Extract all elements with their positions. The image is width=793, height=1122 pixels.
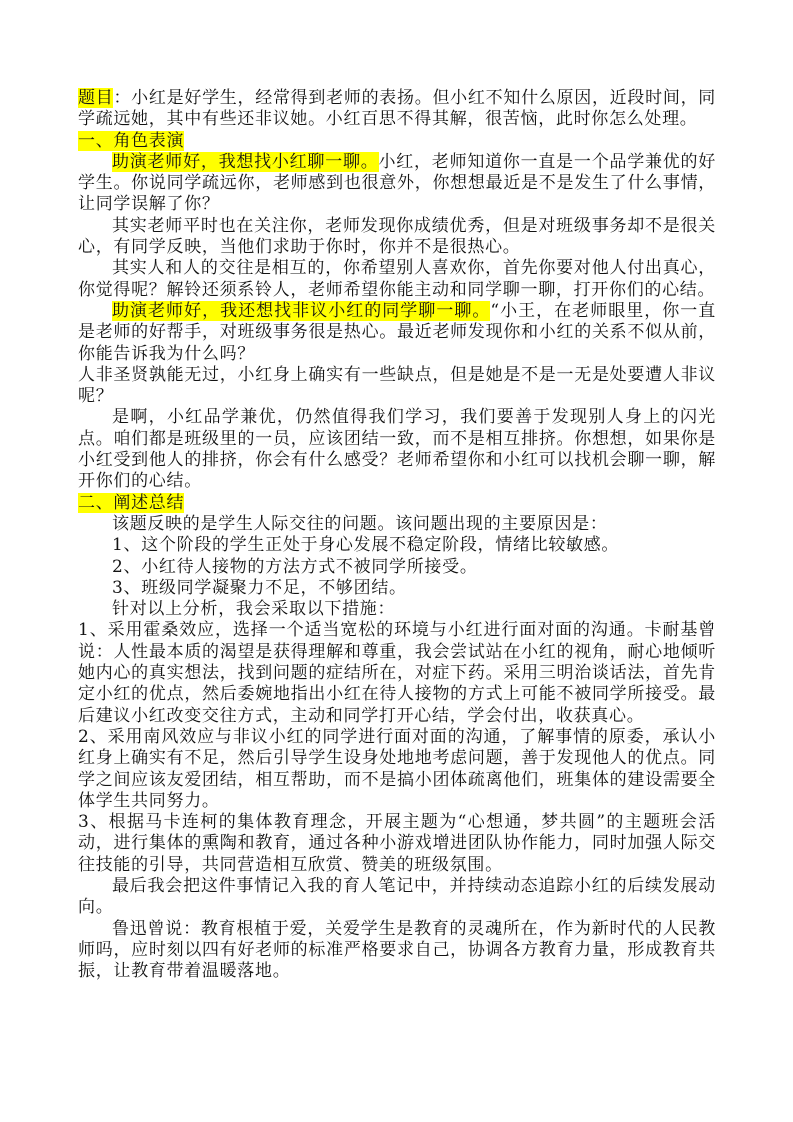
paragraph: 2、小红待人接物的方法方式不被同学所接受。 (78, 557, 716, 578)
paragraph: 针对以上分析，我会采取以下措施： (78, 599, 716, 620)
paragraph: 助演老师好，我还想找非议小红的同学聊一聊。“小王，在老师眼里，你一直是老师的好帮… (78, 301, 716, 365)
paragraph: 1、这个阶段的学生正处于身心发展不稳定阶段，情绪比较敏感。 (78, 535, 716, 556)
text-run: 最后我会把这件事情记入我的育人笔记中，并持续动态追踪小红的后续发展动向。 (78, 876, 716, 917)
paragraph: 是啊，小红品学兼优，仍然值得我们学习，我们要善于发现别人身上的闪光点。咱们都是班… (78, 407, 716, 492)
highlighted-text: 二、阐述总结 (78, 493, 184, 513)
text-run: 该题反映的是学生人际交往的问题。该问题出现的主要原因是： (112, 514, 608, 534)
text-run: 1、采用霍桑效应，选择一个适当宽松的环境与小红进行面对面的沟通。卡耐基曾说：人性… (78, 620, 716, 725)
document-content: 题目：小红是好学生，经常得到老师的表扬。但小红不知什么原因，近段时间，同学疏远她… (78, 88, 716, 982)
section-heading: 一、角色表演 (78, 131, 716, 152)
section-heading: 二、阐述总结 (78, 493, 716, 514)
text-run: 其实人和人的交往是相互的，你希望别人喜欢你，首先你要对他人付出真心，你觉得呢？解… (78, 258, 716, 299)
paragraph: 题目：小红是好学生，经常得到老师的表扬。但小红不知什么原因，近段时间，同学疏远她… (78, 88, 716, 131)
text-run: 2、采用南风效应与非议小红的同学进行面对面的沟通，了解事情的原委，承认小红身上确… (78, 727, 716, 811)
text-run: 鲁迅曾说：教育根植于爱，关爱学生是教育的灵魂所在，作为新时代的人民教师吗，应时刻… (78, 919, 716, 982)
text-run: 2、小红待人接物的方法方式不被同学所接受。 (112, 557, 478, 577)
paragraph: 1、采用霍桑效应，选择一个适当宽松的环境与小红进行面对面的沟通。卡耐基曾说：人性… (78, 620, 716, 726)
text-run: 3、班级同学凝聚力不足，不够团结。 (112, 578, 407, 598)
text-run: 其实老师平时也在关注你，老师发现你成绩优秀，但是对班级事务却不是很关心，有同学反… (78, 216, 716, 257)
highlighted-text: 助演老师好，我还想找非议小红的同学聊一聊。 (112, 301, 490, 321)
text-run: 1、这个阶段的学生正处于身心发展不稳定阶段，情绪比较敏感。 (112, 535, 619, 555)
paragraph: 3、班级同学凝聚力不足，不够团结。 (78, 578, 716, 599)
paragraph: 人非圣贤孰能无过，小红身上确实有一些缺点，但是她是不是一无是处要遭人非议呢？ (78, 365, 716, 408)
paragraph: 最后我会把这件事情记入我的育人笔记中，并持续动态追踪小红的后续发展动向。 (78, 876, 716, 919)
paragraph: 该题反映的是学生人际交往的问题。该问题出现的主要原因是： (78, 514, 716, 535)
paragraph: 其实老师平时也在关注你，老师发现你成绩优秀，但是对班级事务却不是很关心，有同学反… (78, 216, 716, 259)
paragraph: 助演老师好，我想找小红聊一聊。小红，老师知道你一直是一个品学兼优的好学生。你说同… (78, 152, 716, 216)
text-run: 是啊，小红品学兼优，仍然值得我们学习，我们要善于发现别人身上的闪光点。咱们都是班… (78, 407, 716, 491)
highlighted-text: 题目 (78, 88, 113, 108)
paragraph: 鲁迅曾说：教育根植于爱，关爱学生是教育的灵魂所在，作为新时代的人民教师吗，应时刻… (78, 919, 716, 983)
document-page: 题目：小红是好学生，经常得到老师的表扬。但小红不知什么原因，近段时间，同学疏远她… (0, 0, 793, 1122)
highlighted-text: 助演老师好，我想找小红聊一聊。 (112, 152, 379, 172)
text-run: 针对以上分析，我会采取以下措施： (112, 599, 395, 619)
text-run: ：小红是好学生，经常得到老师的表扬。但小红不知什么原因，近段时间，同学疏远她，其… (78, 88, 716, 129)
text-run: 3、根据马卡连柯的集体教育理念，开展主题为“心想通，梦共圆”的主题班会活动，进行… (78, 812, 716, 875)
paragraph: 其实人和人的交往是相互的，你希望别人喜欢你，首先你要对他人付出真心，你觉得呢？解… (78, 258, 716, 301)
text-run: 人非圣贤孰能无过，小红身上确实有一些缺点，但是她是不是一无是处要遭人非议呢？ (78, 365, 716, 406)
paragraph: 3、根据马卡连柯的集体教育理念，开展主题为“心想通，梦共圆”的主题班会活动，进行… (78, 812, 716, 876)
highlighted-text: 一、角色表演 (78, 131, 184, 151)
paragraph: 2、采用南风效应与非议小红的同学进行面对面的沟通，了解事情的原委，承认小红身上确… (78, 727, 716, 812)
